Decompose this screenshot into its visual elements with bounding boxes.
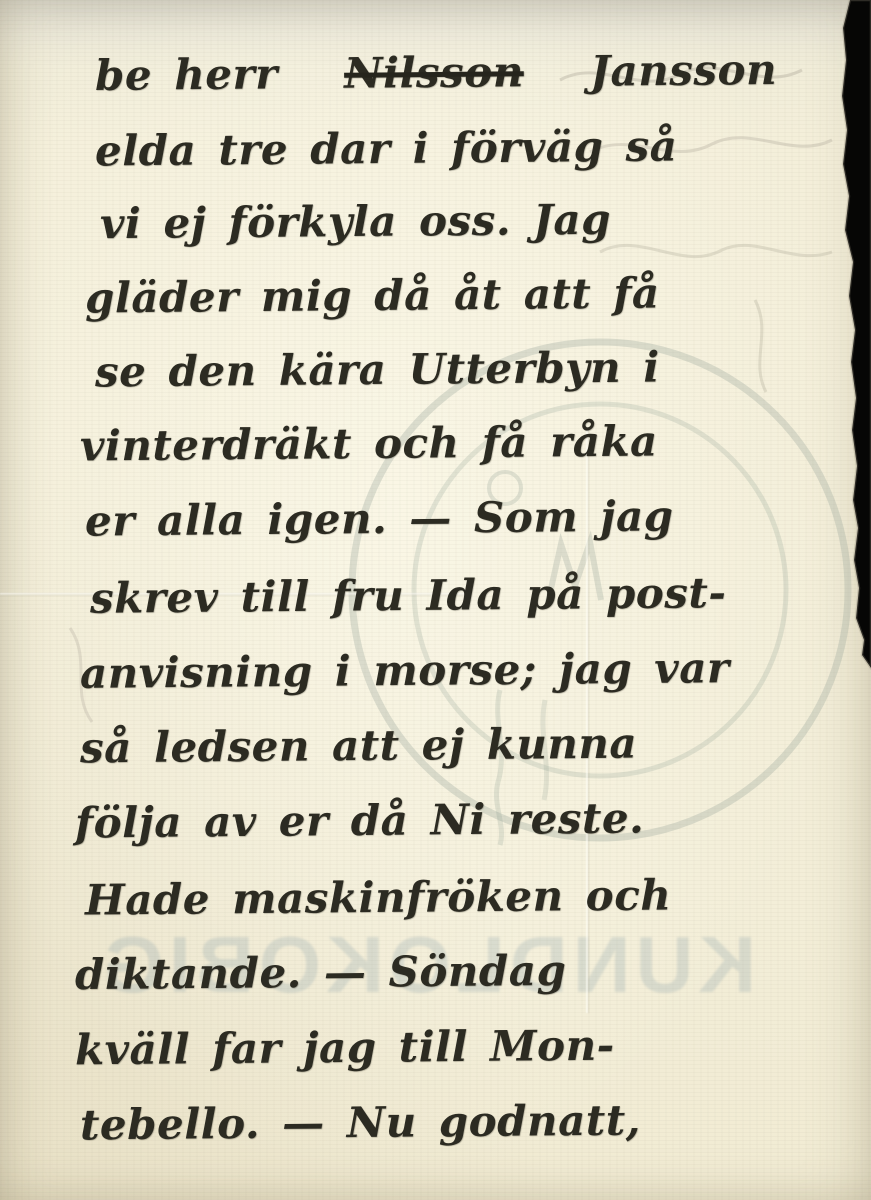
- handwriting-line: tebello. — Nu godnatt,: [80, 1100, 641, 1147]
- struck-word: Nilsson: [344, 47, 524, 98]
- handwriting-line: Hade maskinfröken och: [85, 874, 672, 921]
- line1-before: be herr: [95, 49, 278, 100]
- handwriting-line: vi ej förkyla oss. Jag: [100, 199, 611, 245]
- handwriting-line: elda tre dar i förväg så: [95, 125, 678, 172]
- handwriting-line: se den kära Utterbyn i: [95, 347, 660, 394]
- handwriting-line: följa av er då Ni reste.: [75, 798, 645, 845]
- handwriting-line: anvisning i morse; jag var: [80, 647, 730, 695]
- handwriting-line: skrev till fru Ida på post-: [90, 572, 727, 620]
- handwriting-line: er alla igen. — Som jag: [85, 495, 674, 542]
- handwritten-text: be herr Nilsson Jansson elda tre dar i f…: [0, 0, 871, 1200]
- handwriting-line: kväll far jag till Mon-: [75, 1025, 615, 1072]
- handwriting-line: diktande. — Söndag: [75, 950, 567, 996]
- handwriting-line: be herr Nilsson Jansson: [95, 49, 777, 97]
- handwriting-line: vinterdräkt och få råka: [80, 420, 658, 467]
- handwriting-line: gläder mig då åt att få: [85, 272, 660, 319]
- handwriting-line: så ledsen att ej kunna: [80, 723, 638, 770]
- letter-scan: KUNDLOKOBIGNIL be herr Nilsson Jansson e…: [0, 0, 871, 1200]
- line1-after: Jansson: [590, 45, 777, 96]
